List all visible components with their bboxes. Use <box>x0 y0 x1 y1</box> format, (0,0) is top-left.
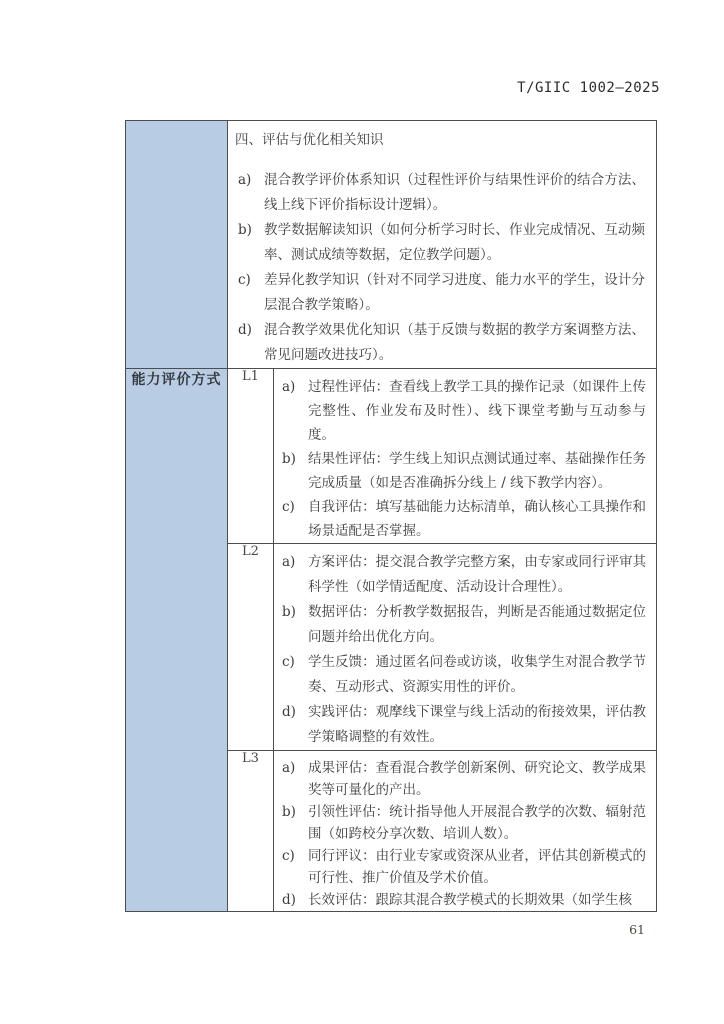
list-item: d)实践评估：观摩线下课堂与线上活动的衔接效果，评估教学策略调整的有效性。 <box>279 700 646 750</box>
list-item: c)自我评估：填写基础能力达标清单，确认核心工具操作和场景适配是否掌握。 <box>279 495 646 543</box>
list-item: a)过程性评估：查看线上教学工具的操作记录（如课件上传完整性、作业发布及时性）、… <box>279 375 646 447</box>
list-item: b)结果性评估：学生线上知识点测试通过率、基础操作任务完成质量（如是否准确拆分线… <box>279 447 646 495</box>
list-item-text: 同行评议：由行业专家或资深从业者，评估其创新模式的可行性、推广价值及学术价值。 <box>308 845 646 889</box>
list-item: c)差异化教学知识（针对不同学习进度、能力水平的学生，设计分层混合教学策略）。 <box>235 268 645 318</box>
list-item-marker: a) <box>279 757 308 801</box>
list-item-text: 结果性评估：学生线上知识点测试通过率、基础操作任务完成质量（如是否准确拆分线上 … <box>308 447 646 495</box>
category-cell-empty <box>126 121 228 369</box>
list-item: a)混合教学评价体系知识（过程性评价与结果性评价的结合方法、线上线下评价指标设计… <box>235 168 645 218</box>
list-item-marker: d) <box>279 700 308 750</box>
document-page: T/GIIC 1002—2025 四、评估与优化相关知识 a)混合教学评价体系知… <box>0 0 724 1024</box>
list-item-marker: c) <box>235 268 264 318</box>
table-row-l1: 能力评价方式 L1 a)过程性评估：查看线上教学工具的操作记录（如课件上传完整性… <box>126 369 657 544</box>
list-item-text: 教学数据解读知识（如何分析学习时长、作业完成情况、互动频率、测试成绩等数据，定位… <box>264 218 645 268</box>
list-item-text: 成果评估：查看混合教学创新案例、研究论文、教学成果奖等可量化的产出。 <box>308 757 646 801</box>
list-item-marker: b) <box>279 600 308 650</box>
list-item-text: 引领性评估：统计指导他人开展混合教学的次数、辐射范围（如跨校分享次数、培训人数）… <box>308 801 646 845</box>
list-item: c)同行评议：由行业专家或资深从业者，评估其创新模式的可行性、推广价值及学术价值… <box>279 845 646 889</box>
list-item-marker: b) <box>235 218 264 268</box>
list-item-text: 差异化教学知识（针对不同学习进度、能力水平的学生，设计分层混合教学策略）。 <box>264 268 645 318</box>
list-item-text: 混合教学效果优化知识（基于反馈与数据的教学方案调整方法、常见问题改进技巧）。 <box>264 318 645 368</box>
list-item: a)方案评估：提交混合教学完整方案，由专家或同行评审其科学性（如学情适配度、活动… <box>279 550 646 600</box>
evaluation-table: 四、评估与优化相关知识 a)混合教学评价体系知识（过程性评价与结果性评价的结合方… <box>125 120 657 912</box>
l3-item-list: a)成果评估：查看混合教学创新案例、研究论文、教学成果奖等可量化的产出。b)引领… <box>274 751 656 911</box>
knowledge-item-list: a)混合教学评价体系知识（过程性评价与结果性评价的结合方法、线上线下评价指标设计… <box>235 168 645 368</box>
list-item: b)引领性评估：统计指导他人开展混合教学的次数、辐射范围（如跨校分享次数、培训人… <box>279 801 646 845</box>
list-item-marker: c) <box>279 845 308 889</box>
list-item: d)混合教学效果优化知识（基于反馈与数据的教学方案调整方法、常见问题改进技巧）。 <box>235 318 645 368</box>
list-item: a)成果评估：查看混合教学创新案例、研究论文、教学成果奖等可量化的产出。 <box>279 757 646 801</box>
category-cell-capability: 能力评价方式 <box>126 369 228 912</box>
l2-content-cell: a)方案评估：提交混合教学完整方案，由专家或同行评审其科学性（如学情适配度、活动… <box>274 544 657 751</box>
list-item-marker: d) <box>235 318 264 368</box>
standard-number-header: T/GIIC 1002—2025 <box>517 80 660 96</box>
section-title: 四、评估与优化相关知识 <box>235 128 645 153</box>
level-label-l3: L3 <box>228 751 274 912</box>
list-item-marker: c) <box>279 650 308 700</box>
list-item: b)教学数据解读知识（如何分析学习时长、作业完成情况、互动频率、测试成绩等数据，… <box>235 218 645 268</box>
list-item-text: 学生反馈：通过匿名问卷或访谈，收集学生对混合教学节奏、互动形式、资源实用性的评价… <box>308 650 646 700</box>
list-item-text: 混合教学评价体系知识（过程性评价与结果性评价的结合方法、线上线下评价指标设计逻辑… <box>264 168 645 218</box>
list-item-text: 长效评估：跟踪其混合教学模式的长期效果（如学生核 <box>308 889 646 911</box>
page-number: 61 <box>629 922 645 937</box>
list-item-marker: a) <box>235 168 264 218</box>
l1-item-list: a)过程性评估：查看线上教学工具的操作记录（如课件上传完整性、作业发布及时性）、… <box>274 369 656 543</box>
level-label-l1: L1 <box>228 369 274 544</box>
l2-item-list: a)方案评估：提交混合教学完整方案，由专家或同行评审其科学性（如学情适配度、活动… <box>274 544 656 750</box>
table-row-knowledge: 四、评估与优化相关知识 a)混合教学评价体系知识（过程性评价与结果性评价的结合方… <box>126 121 657 369</box>
list-item-text: 过程性评估：查看线上教学工具的操作记录（如课件上传完整性、作业发布及时性）、线下… <box>308 375 646 447</box>
list-item-marker: b) <box>279 447 308 495</box>
level-label-l2: L2 <box>228 544 274 751</box>
list-item-marker: c) <box>279 495 308 543</box>
list-item-text: 实践评估：观摩线下课堂与线上活动的衔接效果，评估教学策略调整的有效性。 <box>308 700 646 750</box>
list-item-marker: a) <box>279 375 308 447</box>
l3-content-cell: a)成果评估：查看混合教学创新案例、研究论文、教学成果奖等可量化的产出。b)引领… <box>274 751 657 912</box>
list-item: d)长效评估：跟踪其混合教学模式的长期效果（如学生核 <box>279 889 646 911</box>
list-item-text: 方案评估：提交混合教学完整方案，由专家或同行评审其科学性（如学情适配度、活动设计… <box>308 550 646 600</box>
list-item: c)学生反馈：通过匿名问卷或访谈，收集学生对混合教学节奏、互动形式、资源实用性的… <box>279 650 646 700</box>
list-item-marker: b) <box>279 801 308 845</box>
list-item-marker: d) <box>279 889 308 911</box>
knowledge-content-cell: 四、评估与优化相关知识 a)混合教学评价体系知识（过程性评价与结果性评价的结合方… <box>228 121 657 369</box>
l1-content-cell: a)过程性评估：查看线上教学工具的操作记录（如课件上传完整性、作业发布及时性）、… <box>274 369 657 544</box>
list-item-text: 数据评估：分析教学数据报告，判断是否能通过数据定位问题并给出优化方向。 <box>308 600 646 650</box>
list-item-marker: a) <box>279 550 308 600</box>
list-item-text: 自我评估：填写基础能力达标清单，确认核心工具操作和场景适配是否掌握。 <box>308 495 646 543</box>
list-item: b)数据评估：分析教学数据报告，判断是否能通过数据定位问题并给出优化方向。 <box>279 600 646 650</box>
